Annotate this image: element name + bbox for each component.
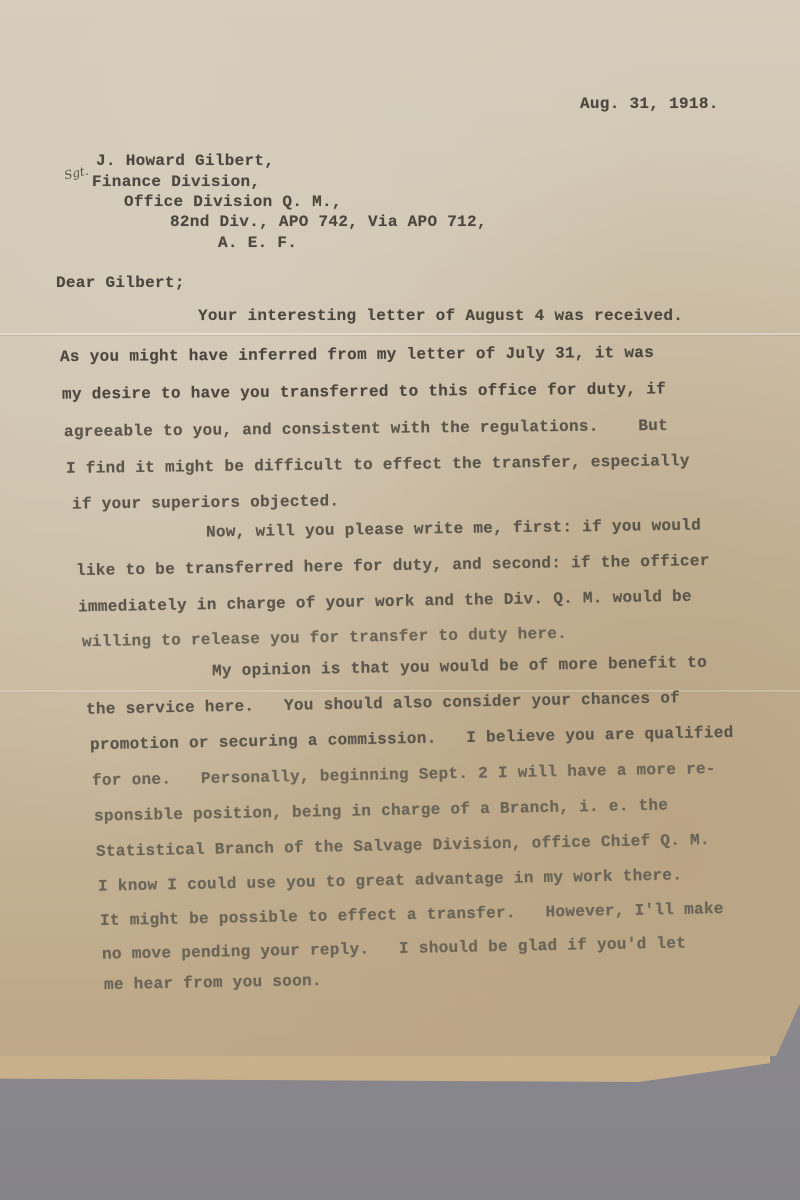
body-line: no move pending your reply. I should be … [102, 934, 686, 963]
body-line: As you might have inferred from my lette… [60, 344, 654, 366]
recipient-line: Finance Division, [92, 173, 260, 191]
body-line: Statistical Branch of the Salvage Divisi… [96, 831, 710, 861]
body-line: if your superiors objected. [72, 492, 340, 513]
body-line: Now, will you please write me, first: if… [206, 517, 701, 542]
body-line: me hear from you soon. [104, 972, 322, 994]
salutation: Dear Gilbert; [56, 274, 185, 292]
body-line: immediately in charge of your work and t… [78, 588, 692, 617]
letter-page: Aug. 31, 1918. Sgt. J. Howard Gilbert, F… [0, 0, 800, 1056]
body-line: sponsible position, being in charge of a… [94, 796, 669, 825]
body-line: willing to release you for transfer to d… [82, 625, 567, 651]
recipient-line: 82nd Div., APO 742, Via APO 712, [170, 213, 487, 231]
body-line: for one. Personally, beginning Sept. 2 I… [92, 760, 716, 790]
letter-date: Aug. 31, 1918. [580, 95, 719, 113]
recipient-line: Office Division Q. M., [124, 193, 342, 211]
body-line: agreeable to you, and consistent with th… [64, 417, 668, 441]
paper-fold-line [0, 333, 800, 335]
body-line: promotion or securing a commission. I be… [90, 724, 734, 754]
body-line: like to be transferred here for duty, an… [76, 552, 710, 580]
body-line: Your interesting letter of August 4 was … [198, 307, 683, 325]
body-line: My opinion is that you would be of more … [212, 654, 707, 681]
recipient-name: J. Howard Gilbert, [96, 152, 274, 170]
paper-fold-line [0, 690, 800, 692]
body-line: I know I could use you to great advantag… [98, 866, 682, 895]
body-line: I find it might be difficult to effect t… [66, 452, 690, 478]
body-line: It might be possible to effect a transfe… [100, 900, 724, 930]
handwritten-rank: Sgt. [63, 164, 90, 183]
recipient-line: A. E. F. [218, 234, 297, 252]
body-line: my desire to have you transferred to thi… [62, 380, 666, 403]
body-line: the service here. You should also consid… [86, 689, 680, 718]
